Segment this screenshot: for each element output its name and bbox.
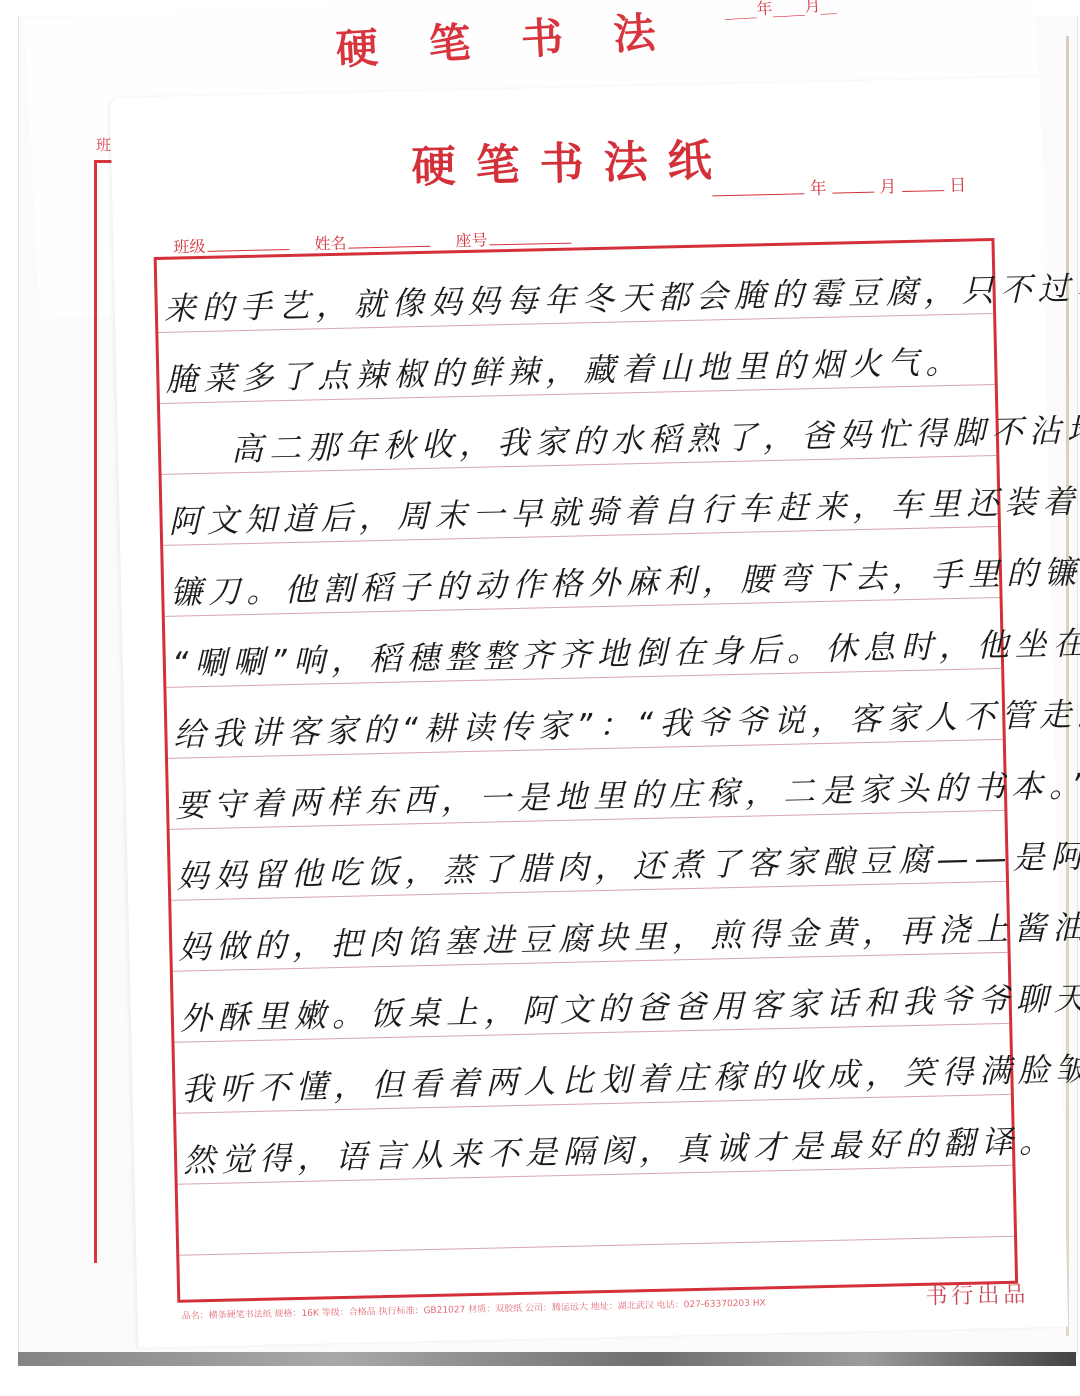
writing-frame: 来的手艺，就像妈妈每年冬天都会腌的霉豆腐，只不过客家腌菜多了点辣椒的鲜辣，藏着山… — [154, 238, 1019, 1303]
paper-edge — [1066, 36, 1069, 1336]
calligraphy-sheet: 硬笔书法纸 年 月 日 班级 姓名 座号 来的手艺，就像妈妈每年冬天都会腌的霉豆… — [110, 77, 1068, 1348]
day-label: 日 — [949, 176, 966, 196]
date-fields: 年 月 日 — [712, 171, 967, 202]
year-blank[interactable] — [712, 179, 804, 196]
seat-blank[interactable] — [489, 229, 571, 246]
class-label: 班级 — [173, 237, 205, 257]
class-blank[interactable] — [207, 235, 289, 252]
underlying-sheet-date: ____年____月__ — [724, 0, 837, 21]
underlying-sheet-class-label: 班 — [96, 134, 111, 155]
month-label: 月 — [879, 177, 896, 197]
name-label: 姓名 — [314, 234, 346, 254]
ruled-line — [178, 1170, 1014, 1256]
underlying-sheet-title: 硬 笔 书 法 — [334, 0, 675, 77]
year-label: 年 — [809, 179, 826, 199]
name-blank[interactable] — [348, 232, 430, 249]
sheet-title: 硬笔书法纸 — [411, 124, 732, 195]
month-blank[interactable] — [832, 178, 874, 194]
table-edge-shadow — [18, 1352, 1076, 1366]
handwritten-line — [185, 1234, 1014, 1253]
seat-label: 座号 — [455, 230, 487, 250]
brand-mark: 书行出品 — [925, 1277, 1030, 1310]
day-blank[interactable] — [902, 176, 944, 192]
